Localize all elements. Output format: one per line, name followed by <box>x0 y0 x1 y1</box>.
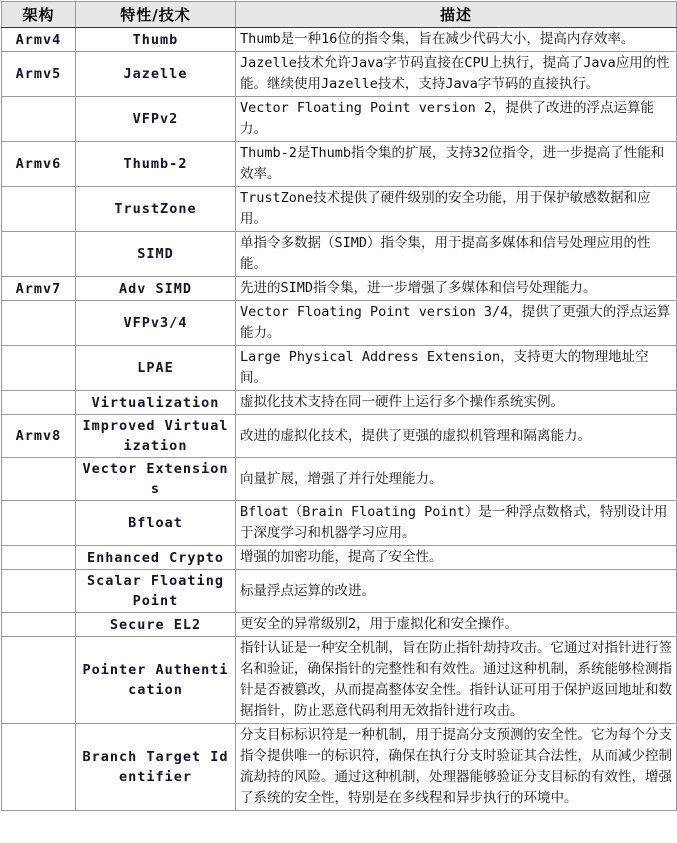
feature-cell: Pointer Authentication <box>76 637 236 724</box>
desc-cell: 先进的SIMD指令集，进一步增强了多媒体和信号处理能力。 <box>236 277 677 301</box>
desc-cell: 虚拟化技术支持在同一硬件上运行多个操作系统实例。 <box>236 391 677 415</box>
table-row: LPAE Large Physical Address Extension，支持… <box>2 346 677 391</box>
table-row: Secure EL2 更安全的异常级别2，用于虚拟化和安全操作。 <box>2 613 677 637</box>
table-row: Armv6 Thumb-2 Thumb-2是Thumb指令集的扩展，支持32位指… <box>2 142 677 187</box>
feature-cell: Improved Virtualization <box>76 415 236 458</box>
arch-cell <box>2 724 76 811</box>
arch-cell <box>2 391 76 415</box>
table-row: VFPv3/4 Vector Floating Point version 3/… <box>2 301 677 346</box>
arch-cell <box>2 570 76 613</box>
arch-cell <box>2 613 76 637</box>
desc-cell: 增强的加密功能，提高了安全性。 <box>236 546 677 570</box>
column-header-feature: 特性/技术 <box>76 2 236 28</box>
table-row: TrustZone TrustZone技术提供了硬件级别的安全功能，用于保护敏感… <box>2 187 677 232</box>
feature-cell: Virtualization <box>76 391 236 415</box>
table-row: Bfloat Bfloat（Brain Floating Point）是一种浮点… <box>2 501 677 546</box>
page: 架构 特性/技术 描述 Armv4 Thumb Thumb是一种16位的指令集，… <box>0 0 677 812</box>
arch-cell <box>2 346 76 391</box>
feature-cell: SIMD <box>76 232 236 277</box>
desc-cell: Thumb-2是Thumb指令集的扩展，支持32位指令，进一步提高了性能和效率。 <box>236 142 677 187</box>
desc-cell: Vector Floating Point version 2，提供了改进的浮点… <box>236 97 677 142</box>
feature-cell: LPAE <box>76 346 236 391</box>
feature-cell: Adv SIMD <box>76 277 236 301</box>
table-row: Scalar Floating Point 标量浮点运算的改进。 <box>2 570 677 613</box>
arch-cell <box>2 458 76 501</box>
arch-cell: Armv7 <box>2 277 76 301</box>
table-row: Enhanced Crypto 增强的加密功能，提高了安全性。 <box>2 546 677 570</box>
desc-cell: 指针认证是一种安全机制，旨在防止指针劫持攻击。它通过对指针进行签名和验证，确保指… <box>236 637 677 724</box>
feature-cell: Bfloat <box>76 501 236 546</box>
arch-cell <box>2 187 76 232</box>
table-row: VFPv2 Vector Floating Point version 2，提供… <box>2 97 677 142</box>
desc-cell: 单指令多数据（SIMD）指令集，用于提高多媒体和信号处理应用的性能。 <box>236 232 677 277</box>
feature-cell: Vector Extensions <box>76 458 236 501</box>
feature-cell: Branch Target Identifier <box>76 724 236 811</box>
feature-cell: Thumb <box>76 28 236 52</box>
feature-cell: Enhanced Crypto <box>76 546 236 570</box>
desc-cell: Large Physical Address Extension，支持更大的物理… <box>236 346 677 391</box>
arch-cell <box>2 301 76 346</box>
table-row: Armv7 Adv SIMD 先进的SIMD指令集，进一步增强了多媒体和信号处理… <box>2 277 677 301</box>
desc-cell: 标量浮点运算的改进。 <box>236 570 677 613</box>
arch-cell: Armv8 <box>2 415 76 458</box>
arch-cell <box>2 546 76 570</box>
arch-cell: Armv5 <box>2 52 76 97</box>
desc-cell: TrustZone技术提供了硬件级别的安全功能，用于保护敏感数据和应用。 <box>236 187 677 232</box>
table-row: Armv4 Thumb Thumb是一种16位的指令集，旨在减少代码大小，提高内… <box>2 28 677 52</box>
table-row: Pointer Authentication 指针认证是一种安全机制，旨在防止指… <box>2 637 677 724</box>
desc-cell: Jazelle技术允许Java字节码直接在CPU上执行，提高了Java应用的性能… <box>236 52 677 97</box>
table-header-row: 架构 特性/技术 描述 <box>2 2 677 28</box>
feature-cell: VFPv3/4 <box>76 301 236 346</box>
desc-cell: Bfloat（Brain Floating Point）是一种浮点数格式，特别设… <box>236 501 677 546</box>
arch-cell <box>2 97 76 142</box>
table-row: SIMD 单指令多数据（SIMD）指令集，用于提高多媒体和信号处理应用的性能。 <box>2 232 677 277</box>
arm-architecture-feature-table: 架构 特性/技术 描述 Armv4 Thumb Thumb是一种16位的指令集，… <box>1 1 677 811</box>
column-header-desc: 描述 <box>236 2 677 28</box>
desc-cell: 分支目标标识符是一种机制，用于提高分支预测的安全性。它为每个分支指令提供唯一的标… <box>236 724 677 811</box>
arch-cell: Armv6 <box>2 142 76 187</box>
table-row: Armv8 Improved Virtualization 改进的虚拟化技术，提… <box>2 415 677 458</box>
feature-cell: TrustZone <box>76 187 236 232</box>
arch-cell <box>2 637 76 724</box>
table-row: Armv5 Jazelle Jazelle技术允许Java字节码直接在CPU上执… <box>2 52 677 97</box>
desc-cell: Thumb是一种16位的指令集，旨在减少代码大小，提高内存效率。 <box>236 28 677 52</box>
table-row: Vector Extensions 向量扩展，增强了并行处理能力。 <box>2 458 677 501</box>
desc-cell: Vector Floating Point version 3/4，提供了更强大… <box>236 301 677 346</box>
arch-cell: Armv4 <box>2 28 76 52</box>
feature-cell: Scalar Floating Point <box>76 570 236 613</box>
desc-cell: 更安全的异常级别2，用于虚拟化和安全操作。 <box>236 613 677 637</box>
column-header-arch: 架构 <box>2 2 76 28</box>
arch-cell <box>2 232 76 277</box>
arch-cell <box>2 501 76 546</box>
table-row: Branch Target Identifier 分支目标标识符是一种机制，用于… <box>2 724 677 811</box>
desc-cell: 向量扩展，增强了并行处理能力。 <box>236 458 677 501</box>
desc-cell: 改进的虚拟化技术，提供了更强的虚拟机管理和隔离能力。 <box>236 415 677 458</box>
feature-cell: Thumb-2 <box>76 142 236 187</box>
feature-cell: VFPv2 <box>76 97 236 142</box>
feature-cell: Secure EL2 <box>76 613 236 637</box>
feature-cell: Jazelle <box>76 52 236 97</box>
table-row: Virtualization 虚拟化技术支持在同一硬件上运行多个操作系统实例。 <box>2 391 677 415</box>
